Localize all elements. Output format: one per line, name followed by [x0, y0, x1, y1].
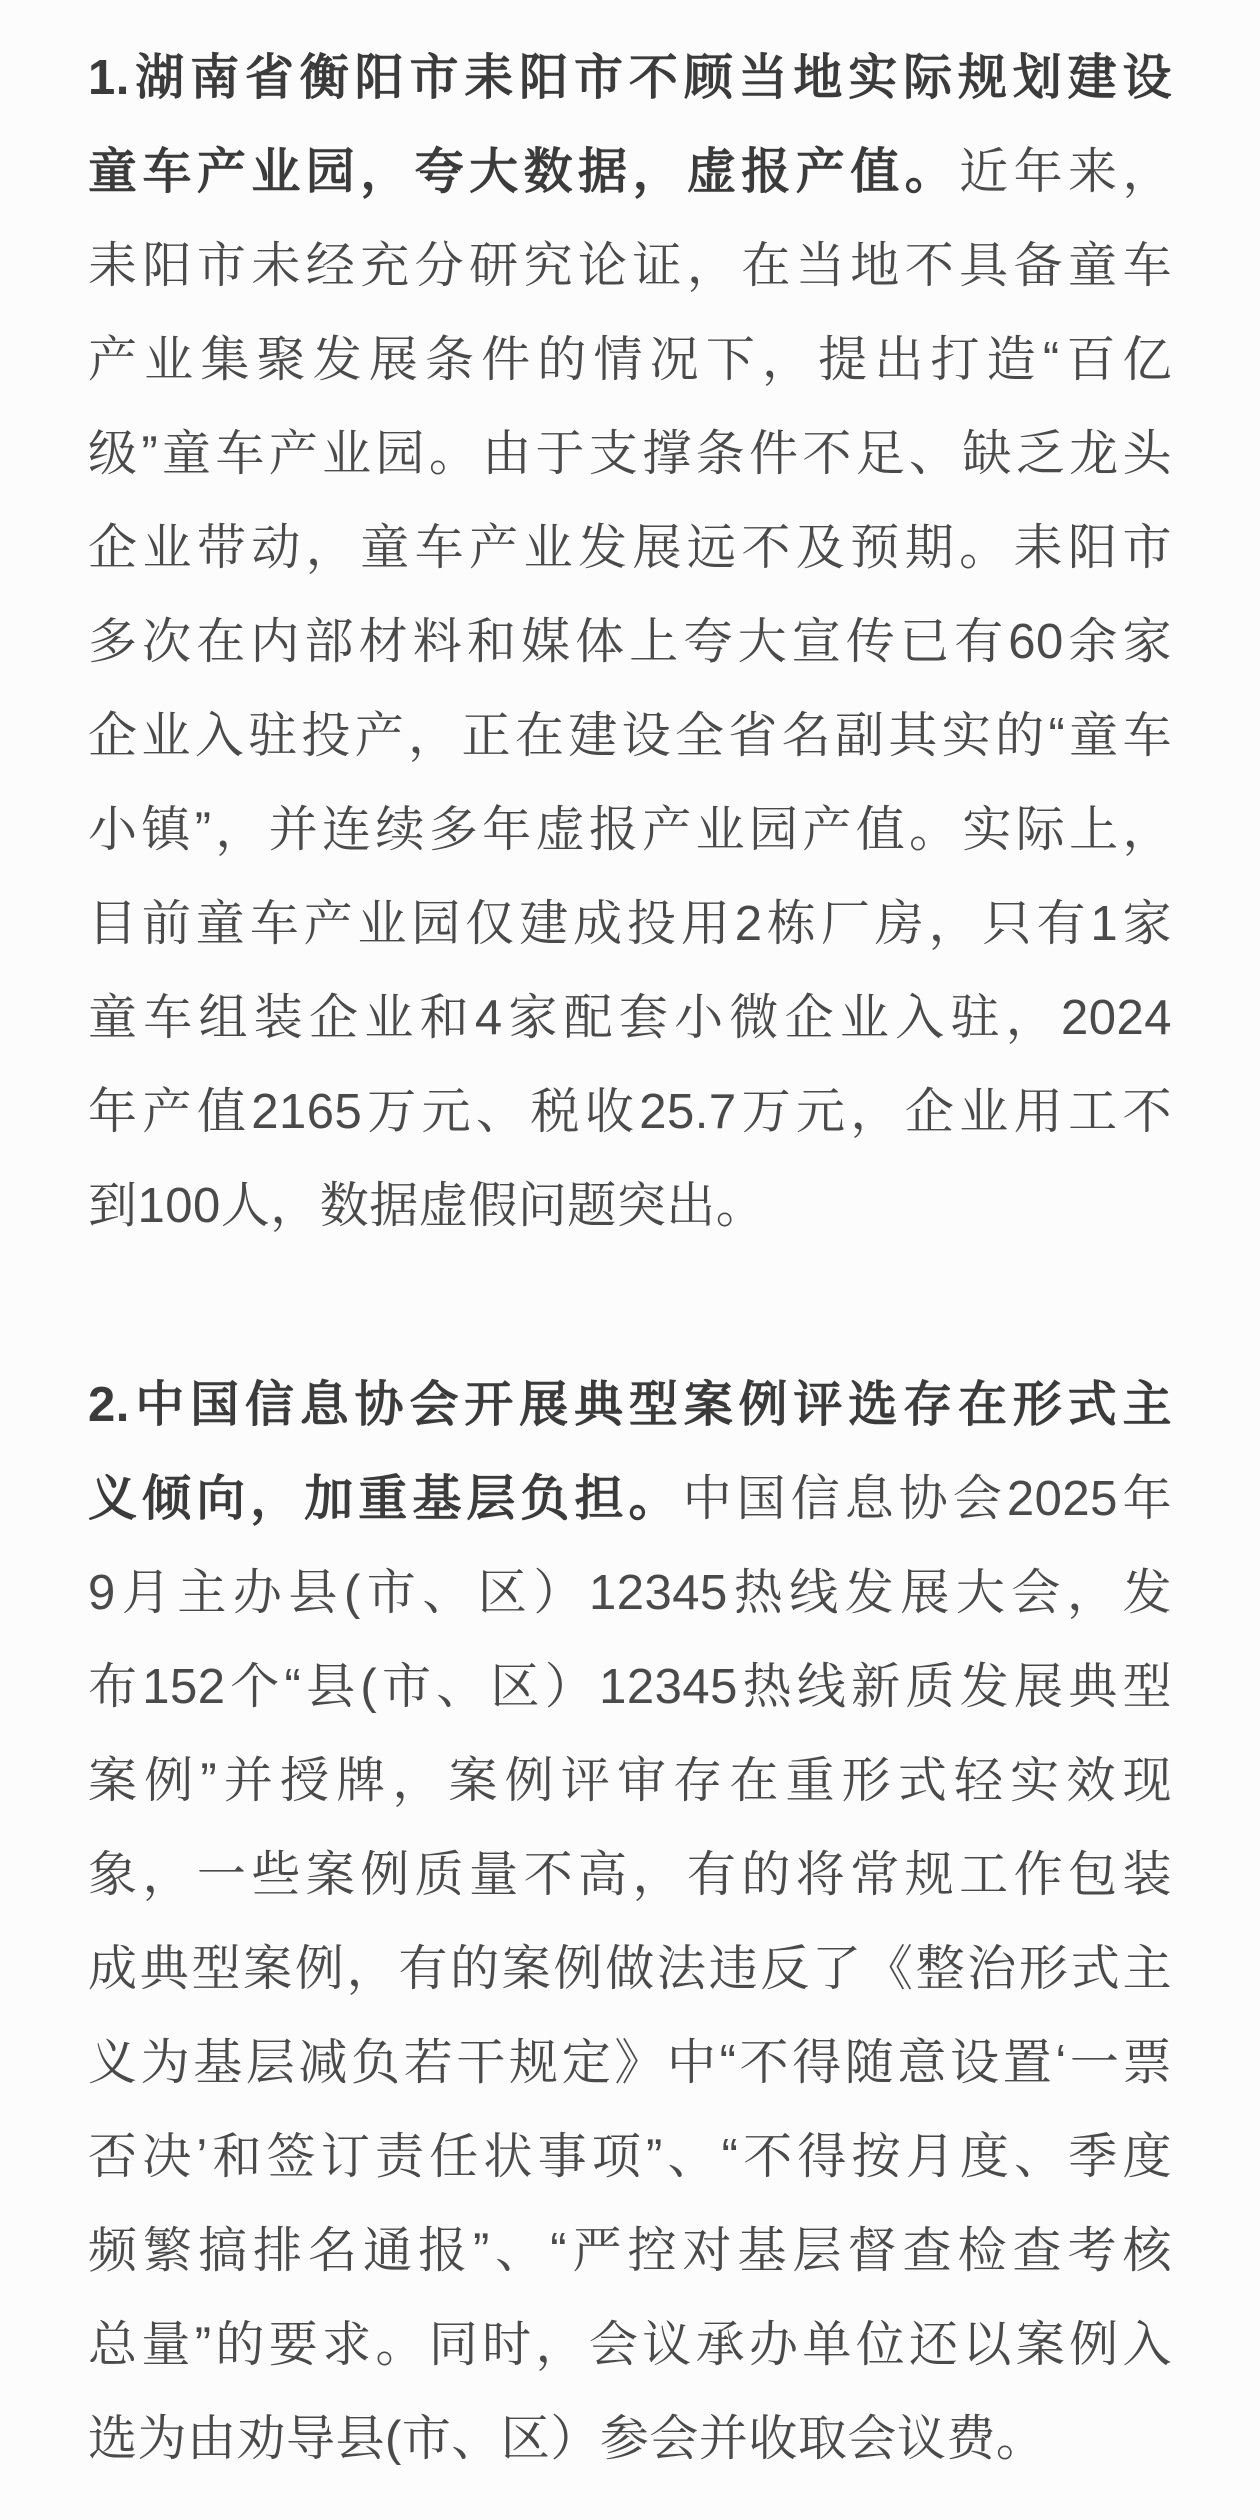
body-text: 频繁搞排名通报”、“严控对基层督查检查考核 [88, 2224, 1172, 2278]
text-line: 9月主办县(市、区）12345热线发展大会，发 [88, 1546, 1172, 1640]
body-text: 到100人，数据虚假问题突出。 [88, 1179, 765, 1233]
text-line: 耒阳市未经充分研究论证，在当地不具备童车 [88, 219, 1172, 313]
text-line: 级”童车产业园。由于支撑条件不足、缺乏龙头 [88, 407, 1172, 501]
text-line: 布152个“县(市、区）12345热线新质发展典型 [88, 1640, 1172, 1734]
body-text: 中国信息协会2025年 [683, 1472, 1172, 1526]
text-line: 企业入驻投产，正在建设全省名副其实的“童车 [88, 689, 1172, 783]
body-text: 年产值2165万元、税收25.7万元，企业用工不 [88, 1085, 1172, 1139]
body-text: 象，一些案例质量不高，有的将常规工作包装 [88, 1848, 1172, 1902]
text-line: 企业带动，童车产业发展远不及预期。耒阳市 [88, 501, 1172, 595]
body-text: 耒阳市未经充分研究论证，在当地不具备童车 [88, 239, 1172, 293]
body-text: 布152个“县(市、区）12345热线新质发展典型 [88, 1660, 1172, 1714]
body-text: 近年来， [959, 145, 1172, 199]
body-text: 选为由劝导县(市、区）参会并收取会议费。 [88, 2412, 1045, 2466]
text-line: 频繁搞排名通报”、“严控对基层督查检查考核 [88, 2204, 1172, 2298]
body-text: 多次在内部材料和媒体上夸大宣传已有60余家 [88, 615, 1172, 669]
body-text: 级”童车产业园。由于支撑条件不足、缺乏龙头 [88, 427, 1172, 481]
body-text: 目前童车产业园仅建成投用2栋厂房，只有1家 [88, 897, 1172, 951]
body-text: 否决’和签订责任状事项”、“不得按月度、季度 [88, 2130, 1172, 2184]
text-line: 义为基层减负若干规定》中“不得随意设置‘一票 [88, 2016, 1172, 2110]
text-line: 童车组装企业和4家配套小微企业入驻，2024 [88, 971, 1172, 1065]
text-line: 象，一些案例质量不高，有的将常规工作包装 [88, 1828, 1172, 1922]
body-text: 童车组装企业和4家配套小微企业入驻，2024 [88, 991, 1172, 1045]
text-line: 2.中国信息协会开展典型案例评选存在形式主 [88, 1358, 1172, 1452]
bold-lead-text: 义倾向，加重基层负担。 [88, 1472, 683, 1526]
body-text: 企业带动，童车产业发展远不及预期。耒阳市 [88, 521, 1172, 575]
body-text: 产业集聚发展条件的情况下，提出打造“百亿 [88, 333, 1172, 387]
text-line: 义倾向，加重基层负担。中国信息协会2025年 [88, 1452, 1172, 1546]
text-line: 目前童车产业园仅建成投用2栋厂房，只有1家 [88, 877, 1172, 971]
text-line: 1.湖南省衡阳市耒阳市不顾当地实际规划建设 [88, 31, 1172, 125]
body-text: 义为基层减负若干规定》中“不得随意设置‘一票 [88, 2036, 1172, 2090]
bold-lead-text: 1.湖南省衡阳市耒阳市不顾当地实际规划建设 [88, 51, 1172, 105]
text-line: 产业集聚发展条件的情况下，提出打造“百亿 [88, 313, 1172, 407]
body-text: 总量”的要求。同时，会议承办单位还以案例入 [88, 2318, 1172, 2372]
article-body: 1.湖南省衡阳市耒阳市不顾当地实际规划建设 童车产业园，夸大数据，虚报产值。近年… [0, 0, 1260, 2486]
bold-lead-text: 2.中国信息协会开展典型案例评选存在形式主 [88, 1378, 1172, 1432]
text-line: 多次在内部材料和媒体上夸大宣传已有60余家 [88, 595, 1172, 689]
paragraph-2: 2.中国信息协会开展典型案例评选存在形式主 义倾向，加重基层负担。中国信息协会2… [88, 1358, 1172, 2486]
body-text: 案例”并授牌，案例评审存在重形式轻实效现 [88, 1754, 1172, 1808]
text-line: 成典型案例，有的案例做法违反了《整治形式主 [88, 1922, 1172, 2016]
body-text: 企业入驻投产，正在建设全省名副其实的“童车 [88, 709, 1172, 763]
text-line: 总量”的要求。同时，会议承办单位还以案例入 [88, 2298, 1172, 2392]
text-line: 选为由劝导县(市、区）参会并收取会议费。 [88, 2392, 1172, 2486]
bold-lead-text: 童车产业园，夸大数据，虚报产值。 [88, 145, 959, 199]
paragraph-1: 1.湖南省衡阳市耒阳市不顾当地实际规划建设 童车产业园，夸大数据，虚报产值。近年… [88, 31, 1172, 1253]
body-text: 成典型案例，有的案例做法违反了《整治形式主 [88, 1942, 1172, 1996]
body-text: 9月主办县(市、区）12345热线发展大会，发 [88, 1566, 1172, 1620]
text-line: 到100人，数据虚假问题突出。 [88, 1159, 1172, 1253]
text-line: 否决’和签订责任状事项”、“不得按月度、季度 [88, 2110, 1172, 2204]
body-text: 小镇”，并连续多年虚报产业园产值。实际上， [88, 803, 1172, 857]
text-line: 案例”并授牌，案例评审存在重形式轻实效现 [88, 1734, 1172, 1828]
text-line: 童车产业园，夸大数据，虚报产值。近年来， [88, 125, 1172, 219]
text-line: 年产值2165万元、税收25.7万元，企业用工不 [88, 1065, 1172, 1159]
text-line: 小镇”，并连续多年虚报产业园产值。实际上， [88, 783, 1172, 877]
